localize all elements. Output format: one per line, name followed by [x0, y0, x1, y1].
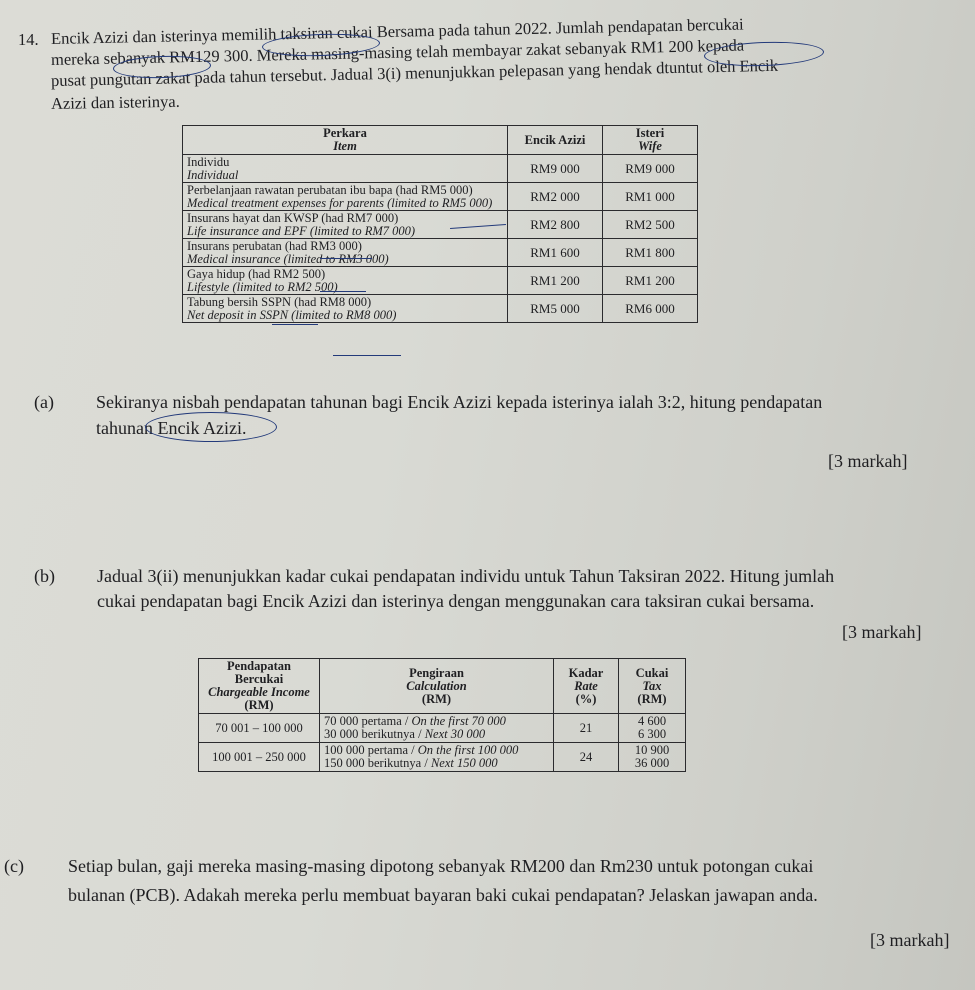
calc-line-2: 30 000 berikutnya / Next 30 000 — [324, 728, 549, 741]
header-income-ms: Pendapatan Bercukai — [227, 659, 291, 686]
header-rate-unit: (%) — [558, 693, 614, 706]
header-calc: Pengiraan Calculation (RM) — [320, 659, 554, 714]
rate: 21 — [554, 714, 619, 743]
husband-value: RM5 000 — [508, 295, 603, 323]
calculation: 100 000 pertama / On the first 100 000 1… — [320, 743, 554, 772]
item-cell: IndividuIndividual — [183, 155, 508, 183]
item-cell: Insurans perubatan (had RM3 000)Medical … — [183, 239, 508, 267]
item-cell: Perbelanjaan rawatan perubatan ibu bapa … — [183, 183, 508, 211]
item-cell: Tabung bersih SSPN (had RM8 000)Net depo… — [183, 295, 508, 323]
table-row: 70 001 – 100 000 70 000 pertama / On the… — [199, 714, 686, 743]
tax-table-header: Pendapatan Bercukai Chargeable Income (R… — [199, 659, 686, 714]
header-tax-ms: Cukai — [636, 666, 669, 680]
header-rate: Kadar Rate (%) — [554, 659, 619, 714]
calculation: 70 000 pertama / On the first 70 000 30 … — [320, 714, 554, 743]
tax-value-2: 6 300 — [623, 728, 681, 741]
husband-value: RM2 800 — [508, 211, 603, 239]
item-ms: Individu — [187, 155, 229, 169]
header-wife-en: Wife — [607, 140, 693, 153]
calc-ms: 70 000 pertama / — [324, 714, 408, 728]
table-row: 100 001 – 250 000 100 000 pertama / On t… — [199, 743, 686, 772]
calc-en: On the first 70 000 — [411, 714, 505, 728]
header-item: Perkara Item — [183, 126, 508, 155]
table-row: Insurans hayat dan KWSP (had RM7 000)Lif… — [183, 211, 698, 239]
calc-line-2: 150 000 berikutnya / Next 150 000 — [324, 757, 549, 770]
calc-ms: 100 000 pertama / — [324, 743, 415, 757]
calc-ms: 150 000 berikutnya / — [324, 756, 428, 770]
part-b-marks: [3 markah] — [842, 622, 921, 643]
part-a-label: (a) — [34, 392, 54, 413]
table-row: Gaya hidup (had RM2 500)Lifestyle (limit… — [183, 267, 698, 295]
header-tax-unit: (RM) — [623, 693, 681, 706]
header-tax-en: Tax — [623, 680, 681, 693]
header-wife-ms: Isteri — [636, 126, 664, 140]
header-rate-ms: Kadar — [569, 666, 604, 680]
item-cell: Insurans hayat dan KWSP (had RM7 000)Lif… — [183, 211, 508, 239]
income-range: 100 001 – 250 000 — [199, 743, 320, 772]
husband-value: RM1 200 — [508, 267, 603, 295]
calc-en: Next 30 000 — [425, 727, 485, 741]
table-row: IndividuIndividual RM9 000 RM9 000 — [183, 155, 698, 183]
part-c-marks: [3 markah] — [870, 930, 949, 951]
table-row: Perbelanjaan rawatan perubatan ibu bapa … — [183, 183, 698, 211]
item-ms: Perbelanjaan rawatan perubatan ibu bapa … — [187, 183, 473, 197]
part-c-label: (c) — [4, 856, 24, 877]
header-item-en: Item — [187, 140, 503, 153]
husband-value: RM9 000 — [508, 155, 603, 183]
header-tax: Cukai Tax (RM) — [619, 659, 686, 714]
item-ms: Gaya hidup (had RM2 500) — [187, 267, 325, 281]
calc-en: On the first 100 000 — [418, 743, 519, 757]
header-item-ms: Perkara — [323, 126, 367, 140]
part-a-line-1: Sekiranya nisbah pendapatan tahunan bagi… — [96, 392, 822, 413]
husband-value: RM1 600 — [508, 239, 603, 267]
table-row: Tabung bersih SSPN (had RM8 000)Net depo… — [183, 295, 698, 323]
wife-value: RM1 000 — [603, 183, 698, 211]
calc-ms: 30 000 berikutnya / — [324, 727, 422, 741]
header-wife: Isteri Wife — [603, 126, 698, 155]
part-b-label: (b) — [34, 566, 55, 587]
part-b-line-2: cukai pendapatan bagi Encik Azizi dan is… — [97, 591, 814, 612]
pen-underline-rm7000 — [320, 258, 372, 259]
tax-value-2: 36 000 — [623, 757, 681, 770]
pen-circle-encik-azizi — [145, 412, 277, 442]
item-en: Medical treatment expenses for parents (… — [187, 197, 503, 210]
calc-en: Next 150 000 — [431, 756, 498, 770]
rate: 24 — [554, 743, 619, 772]
tax: 10 900 36 000 — [619, 743, 686, 772]
wife-value: RM1 800 — [603, 239, 698, 267]
header-calc-en: Calculation — [324, 680, 549, 693]
wife-value: RM6 000 — [603, 295, 698, 323]
item-ms: Insurans hayat dan KWSP (had RM7 000) — [187, 211, 398, 225]
item-ms: Tabung bersih SSPN (had RM8 000) — [187, 295, 371, 309]
pen-underline-rm2500 — [272, 324, 318, 325]
pen-underline-rm8000 — [333, 355, 401, 356]
question-number: 14. — [18, 30, 39, 50]
header-income: Pendapatan Bercukai Chargeable Income (R… — [199, 659, 320, 714]
item-ms: Insurans perubatan (had RM3 000) — [187, 239, 362, 253]
table-row: Insurans perubatan (had RM3 000)Medical … — [183, 239, 698, 267]
wife-value: RM1 200 — [603, 267, 698, 295]
header-calc-ms: Pengiraan — [409, 666, 464, 680]
relief-table: Perkara Item Encik Azizi Isteri Wife Ind… — [182, 125, 698, 323]
item-en: Individual — [187, 169, 503, 182]
wife-value: RM2 500 — [603, 211, 698, 239]
item-en: Life insurance and EPF (limited to RM7 0… — [187, 225, 503, 238]
part-c-line-2: bulanan (PCB). Adakah mereka perlu membu… — [68, 885, 818, 906]
pen-underline-rm3000 — [320, 291, 366, 292]
relief-table-header: Perkara Item Encik Azizi Isteri Wife — [183, 126, 698, 155]
item-en: Net deposit in SSPN (limited to RM8 000) — [187, 309, 503, 322]
header-calc-unit: (RM) — [324, 693, 549, 706]
tax: 4 600 6 300 — [619, 714, 686, 743]
intro-line-4: Azizi dan isterinya. — [51, 93, 180, 112]
part-b-line-1: Jadual 3(ii) menunjukkan kadar cukai pen… — [97, 566, 834, 587]
header-rate-en: Rate — [558, 680, 614, 693]
header-husband: Encik Azizi — [508, 126, 603, 155]
header-income-unit: (RM) — [203, 699, 315, 712]
part-c-line-1: Setiap bulan, gaji mereka masing-masing … — [68, 856, 813, 877]
wife-value: RM9 000 — [603, 155, 698, 183]
income-range: 70 001 – 100 000 — [199, 714, 320, 743]
husband-value: RM2 000 — [508, 183, 603, 211]
part-a-marks: [3 markah] — [828, 451, 907, 472]
tax-rate-table: Pendapatan Bercukai Chargeable Income (R… — [198, 658, 686, 772]
